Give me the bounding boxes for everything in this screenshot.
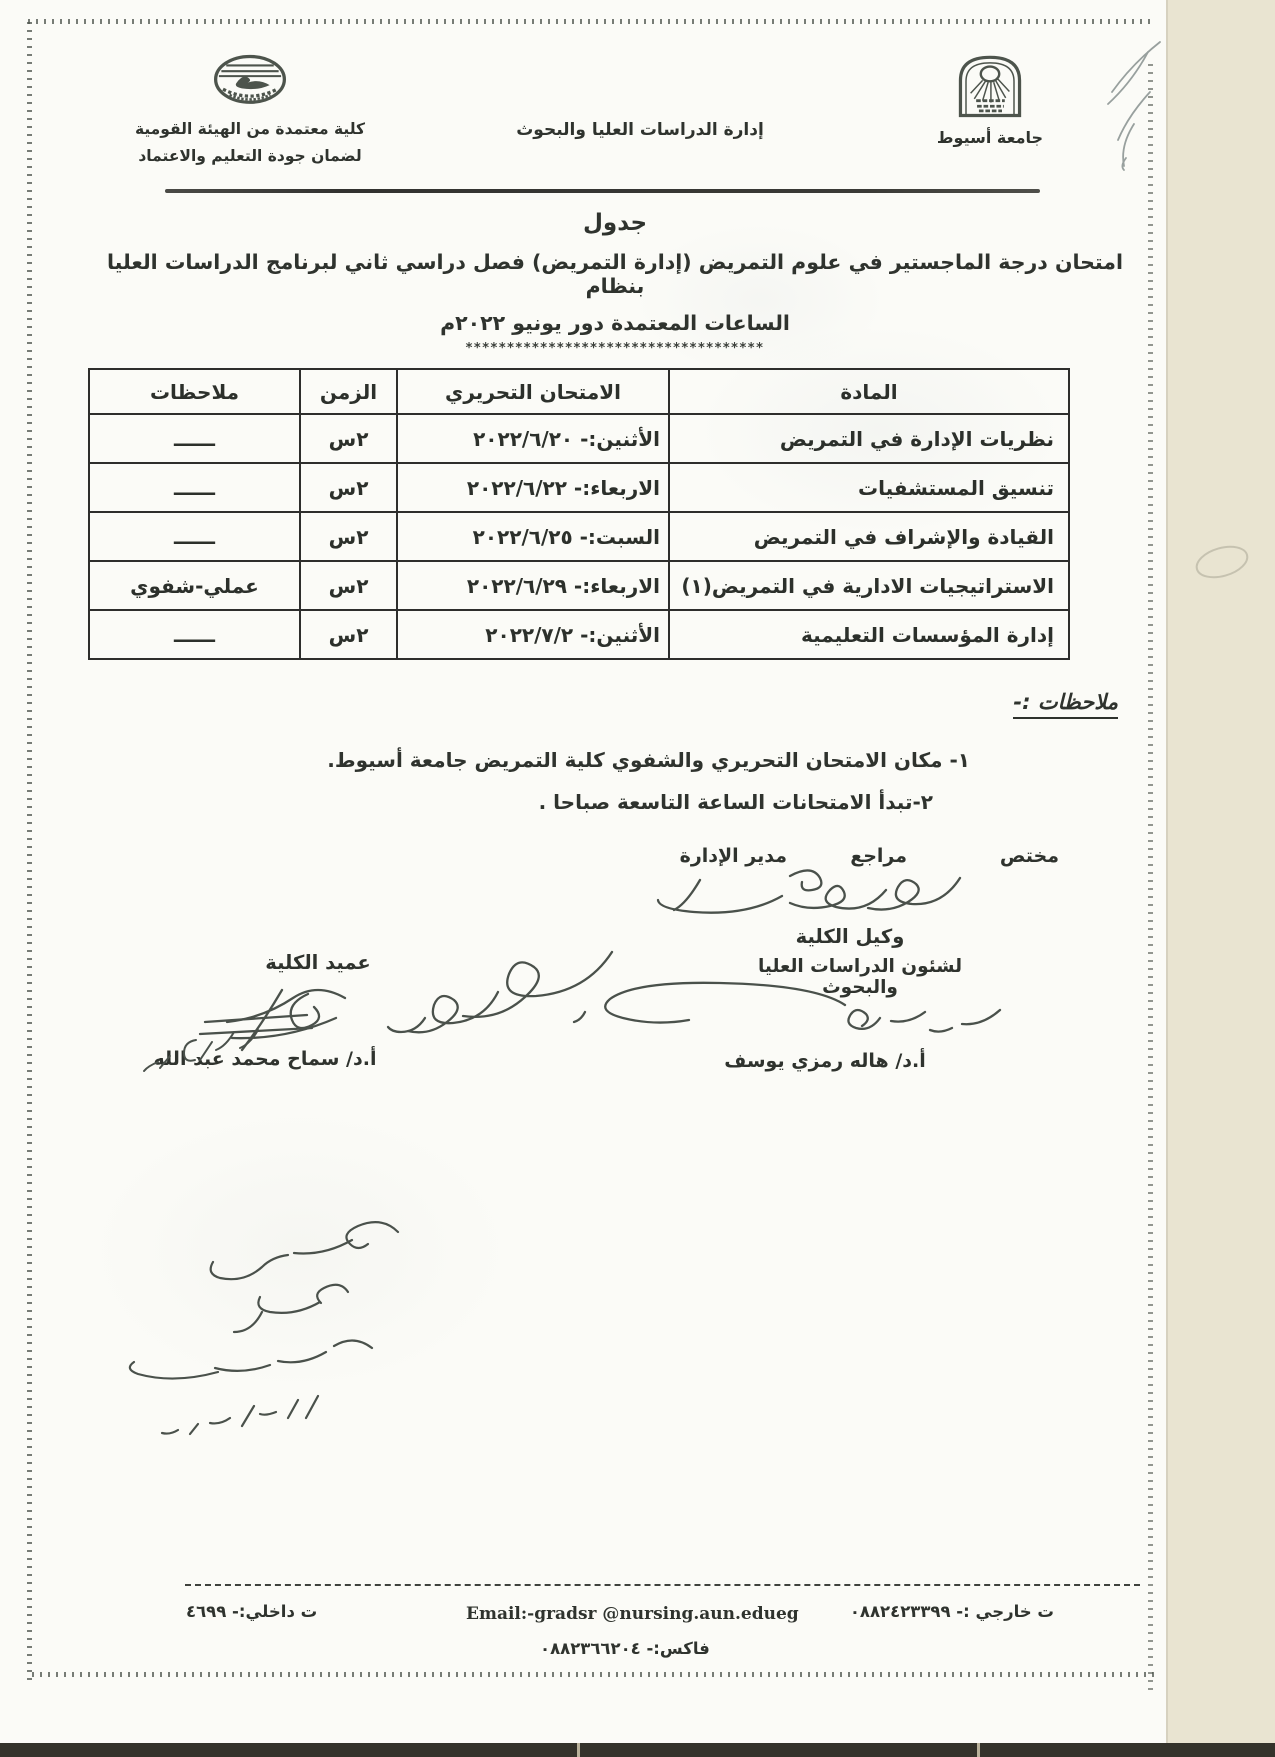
- subject-cell: الاستراتيجيات الادارية في التمريض(١): [669, 561, 1069, 610]
- scan-border-bottom: [32, 1672, 1156, 1677]
- vice-dean-title-2: لشئون الدراسات العليا والبحوث: [735, 956, 985, 998]
- scanner-strip: [0, 1743, 1275, 1757]
- asterisk-divider: ************************************: [90, 341, 1140, 356]
- table-row: الاستراتيجيات الادارية في التمريض(١) الا…: [89, 561, 1069, 610]
- dean-title: عميد الكلية: [258, 951, 378, 974]
- exam-date-cell: الاربعاء:- ٢٠٢٢/٦/٢٩: [397, 561, 669, 610]
- time-cell: ٢س: [300, 610, 397, 659]
- external-tel: ت خارجي :- ٠٨٨٢٤٢٣٣٩٩: [850, 1602, 1054, 1621]
- strip-seam: [977, 1743, 980, 1757]
- accreditation-block: كلية معتمدة من الهيئة القومية لضمان جودة…: [120, 54, 380, 165]
- accreditation-line-1: كلية معتمدة من الهيئة القومية: [120, 120, 380, 138]
- exam-date-cell: الاربعاء:- ٢٠٢٢/٦/٢٢: [397, 463, 669, 512]
- university-block: جامعة أسيوط: [915, 52, 1065, 147]
- exam-date-cell: السبت:- ٢٠٢٢/٦/٢٥: [397, 512, 669, 561]
- subject-cell: القيادة والإشراف في التمريض: [669, 512, 1069, 561]
- table-row: تنسيق المستشفيات الاربعاء:- ٢٠٢٢/٦/٢٢ ٢س…: [89, 463, 1069, 512]
- time-cell: ٢س: [300, 414, 397, 463]
- accreditation-line-2: لضمان جودة التعليم والاعتماد: [120, 147, 380, 165]
- time-cell: ٢س: [300, 512, 397, 561]
- note-item-2: ٢-تبدأ الامتحانات الساعة التاسعة صباحا .: [539, 790, 933, 814]
- table-row: القيادة والإشراف في التمريض السبت:- ٢٠٢٢…: [89, 512, 1069, 561]
- university-name: جامعة أسيوط: [915, 128, 1065, 147]
- notes-cell: ــــــ: [89, 512, 300, 561]
- footer-email: Email:-gradsr @nursing.aun.edueg: [466, 1604, 799, 1624]
- scan-perforation-right: [1148, 58, 1153, 1690]
- scan-border-left: [27, 22, 32, 1680]
- notes-cell: ــــــ: [89, 463, 300, 512]
- document-title: جدول: [90, 210, 1140, 236]
- title-block: جدول امتحان درجة الماجستير في علوم التمر…: [90, 210, 1140, 356]
- reviewer-label: مراجع: [850, 845, 907, 867]
- subject-cell: نظريات الإدارة في التمريض: [669, 414, 1069, 463]
- col-header-subject: المادة: [669, 369, 1069, 414]
- notes-cell: ــــــ: [89, 414, 300, 463]
- assiut-university-emblem-icon: [954, 103, 1026, 122]
- note-item-1: ١- مكان الامتحان التحريري والشفوي كلية ا…: [327, 748, 970, 772]
- paper-sheet: كلية معتمدة من الهيئة القومية لضمان جودة…: [0, 0, 1168, 1745]
- table-row: نظريات الإدارة في التمريض الأثنين:- ٢٠٢٢…: [89, 414, 1069, 463]
- strip-seam: [577, 1743, 580, 1757]
- exam-date-cell: الأثنين:- ٢٠٢٢/٦/٢٠: [397, 414, 669, 463]
- vice-dean-title: وكيل الكلية: [750, 925, 950, 948]
- exam-date-cell: الأثنين:- ٢٠٢٢/٧/٢: [397, 610, 669, 659]
- margin-oval-mark: [1193, 541, 1251, 582]
- table-header-row: المادة الامتحان التحريري الزمن ملاحظات: [89, 369, 1069, 414]
- vice-dean-name: أ.د/ هاله رمزي يوسف: [700, 1050, 950, 1072]
- header-rule: [165, 189, 1040, 193]
- exam-schedule-table: المادة الامتحان التحريري الزمن ملاحظات ن…: [88, 368, 1070, 660]
- notes-cell: عملي-شفوي: [89, 561, 300, 610]
- subject-cell: تنسيق المستشفيات: [669, 463, 1069, 512]
- dean-name: أ.د/ سماح محمد عبد الله: [150, 1048, 380, 1070]
- specialist-label: مختص: [1000, 845, 1059, 867]
- notes-heading: ملاحظات :-: [1013, 690, 1118, 719]
- footer-divider: [185, 1584, 1140, 1586]
- internal-tel: ت داخلي:- ٤٦٩٩: [186, 1602, 317, 1621]
- col-header-time: الزمن: [300, 369, 397, 414]
- document-subtitle-2: الساعات المعتمدة دور يونيو ٢٠٢٢م: [90, 311, 1140, 335]
- scanned-document: كلية معتمدة من الهيئة القومية لضمان جودة…: [0, 0, 1275, 1757]
- col-header-written-exam: الامتحان التحريري: [397, 369, 669, 414]
- department-title: إدارة الدراسات العليا والبحوث: [500, 120, 780, 140]
- document-subtitle-1: امتحان درجة الماجستير في علوم التمريض (إ…: [90, 250, 1140, 298]
- director-label: مدير الإدارة: [680, 845, 787, 867]
- notes-cell: ــــــ: [89, 610, 300, 659]
- col-header-notes: ملاحظات: [89, 369, 300, 414]
- fax-number: فاكس:- ٠٨٨٢٣٦٦٢٠٤: [540, 1639, 710, 1658]
- time-cell: ٢س: [300, 463, 397, 512]
- table-row: إدارة المؤسسات التعليمية الأثنين:- ٢٠٢٢/…: [89, 610, 1069, 659]
- scan-border-top: [28, 19, 1154, 24]
- time-cell: ٢س: [300, 561, 397, 610]
- subject-cell: إدارة المؤسسات التعليمية: [669, 610, 1069, 659]
- naqaae-emblem-icon: [213, 93, 287, 112]
